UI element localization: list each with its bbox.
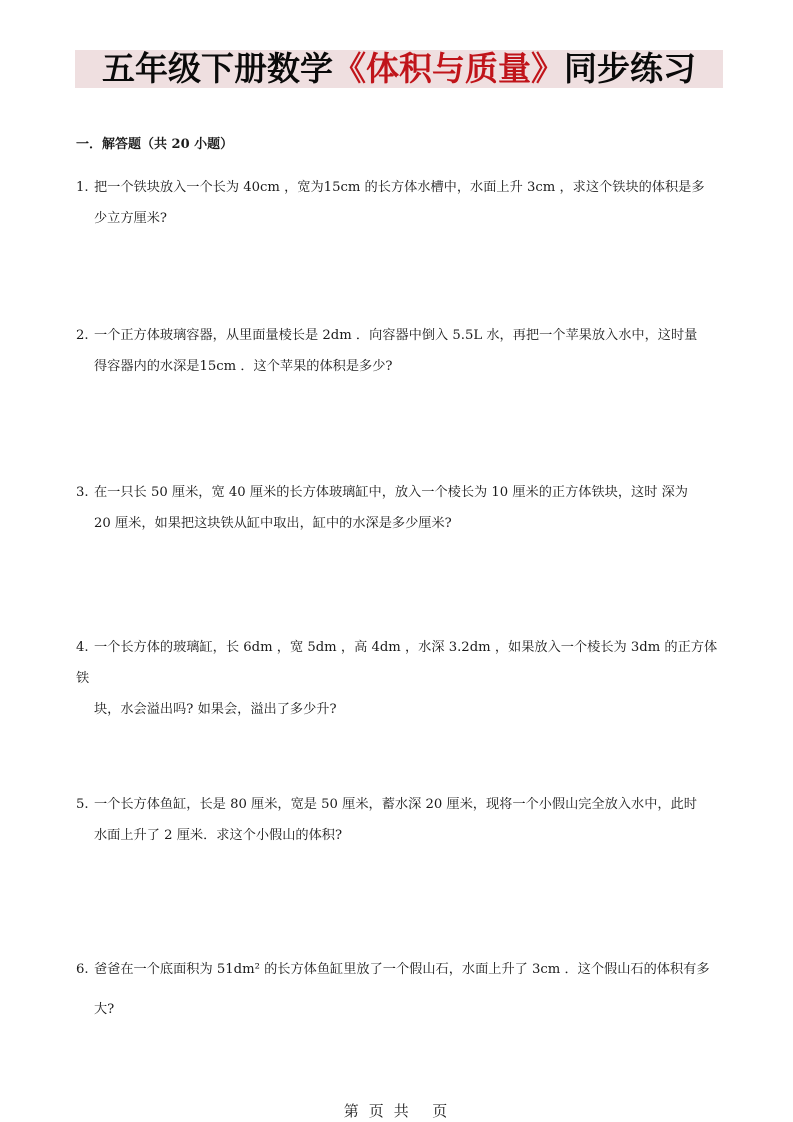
title-highlight: 《体积与质量》 xyxy=(333,49,564,88)
question-text-line2: 水面上升了 2 厘米．求这个小假山的体积? xyxy=(76,820,726,851)
question-1: 1.把一个铁块放入一个长为 40cm ，宽为15cm 的长方体水槽中，水面上升 … xyxy=(76,172,726,234)
question-text-line1: 一个长方体鱼缸，长是 80 厘米，宽是 50 厘米，蓄水深 20 厘米，现将一个… xyxy=(94,797,697,812)
footer-label-ye: 页 xyxy=(369,1102,386,1120)
question-text-line2: 块，水会溢出吗? 如果会，溢出了多少升? xyxy=(76,694,726,725)
question-number: 2. xyxy=(76,320,94,351)
question-text-line2: 大? xyxy=(76,990,726,1030)
question-4: 4.一个长方体的玻璃缸，长 6dm ，宽 5dm ，高 4dm ，水深 3.2d… xyxy=(76,632,726,725)
question-text-line1: 一个长方体的玻璃缸，长 6dm ，宽 5dm ，高 4dm ，水深 3.2dm … xyxy=(76,640,717,686)
question-number: 3. xyxy=(76,477,94,508)
question-text-line2: 得容器内的水深是15cm ．这个苹果的体积是多少? xyxy=(76,351,726,382)
question-6: 6.爸爸在一个底面积为 51dm² 的长方体鱼缸里放了一个假山石，水面上升了 3… xyxy=(76,950,726,1030)
question-text-line2: 20 厘米，如果把这块铁从缸中取出，缸中的水深是多少厘米? xyxy=(76,508,726,539)
footer-label-gong: 共 xyxy=(394,1102,411,1120)
question-text-line2: 少立方厘米? xyxy=(76,203,726,234)
page-title: 五年级下册数学《体积与质量》同步练习 xyxy=(102,50,696,88)
question-text-line1: 一个正方体玻璃容器，从里面量棱长是 2dm ．向容器中倒入 5.5L 水，再把一… xyxy=(94,328,697,343)
page-title-banner: 五年级下册数学《体积与质量》同步练习 xyxy=(75,50,723,88)
question-number: 5. xyxy=(76,789,94,820)
question-text-line1: 把一个铁块放入一个长为 40cm ，宽为15cm 的长方体水槽中，水面上升 3c… xyxy=(94,180,705,195)
page-footer: 第页共 页 xyxy=(0,1100,793,1121)
question-2: 2.一个正方体玻璃容器，从里面量棱长是 2dm ．向容器中倒入 5.5L 水，再… xyxy=(76,320,726,382)
section-heading: 一．解答题（共 20 小题） xyxy=(76,133,233,152)
question-number: 6. xyxy=(76,950,94,990)
question-text-line1: 爸爸在一个底面积为 51dm² 的长方体鱼缸里放了一个假山石，水面上升了 3cm… xyxy=(94,962,710,977)
title-prefix: 五年级下册数学 xyxy=(102,49,333,88)
question-number: 1. xyxy=(76,172,94,203)
question-text-line1: 在一只长 50 厘米，宽 40 厘米的长方体玻璃缸中，放入一个棱长为 10 厘米… xyxy=(94,485,688,500)
question-3: 3.在一只长 50 厘米，宽 40 厘米的长方体玻璃缸中，放入一个棱长为 10 … xyxy=(76,477,726,539)
footer-label-ye-total: 页 xyxy=(432,1102,449,1120)
question-number: 4. xyxy=(76,632,94,663)
question-5: 5.一个长方体鱼缸，长是 80 厘米，宽是 50 厘米，蓄水深 20 厘米，现将… xyxy=(76,789,726,851)
title-suffix: 同步练习 xyxy=(564,49,696,88)
footer-label-di: 第 xyxy=(344,1102,361,1120)
